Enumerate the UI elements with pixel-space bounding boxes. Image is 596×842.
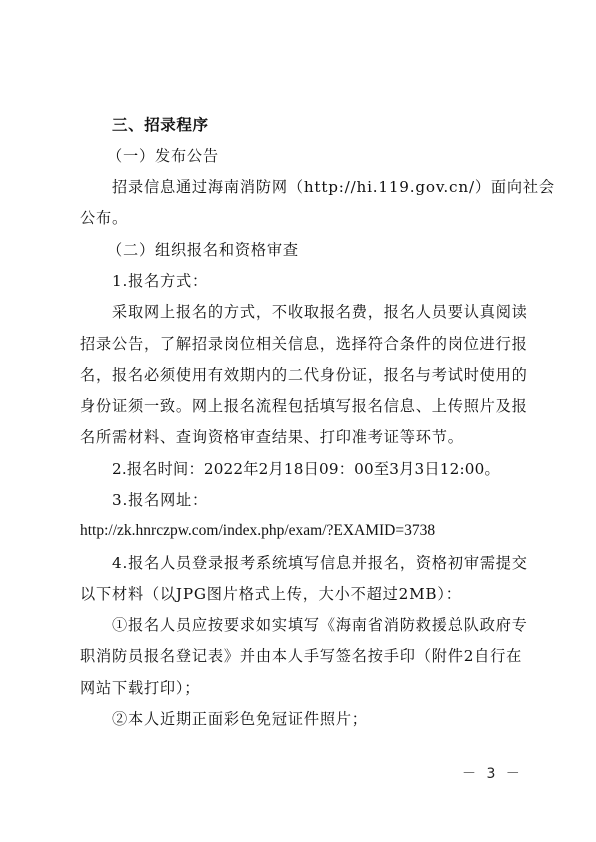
registration-url-link[interactable]: http://zk.hnrczpw.com/index.php/exam/?EX… [80, 521, 435, 541]
subsection-title-1: （一）发布公告 [107, 146, 219, 166]
registration-time: 2.报名时间：2022年2月18日09：00至3月3日12:00。 [112, 459, 500, 479]
item-heading: 3.报名网址： [112, 490, 208, 510]
paragraph-line: 公布。 [80, 208, 128, 228]
paragraph-line: 招录信息通过海南消防网（http://hi.119.gov.cn/）面向社会 [112, 177, 514, 197]
paragraph-line: ①报名人员应按要求如实填写《海南省消防救援总队政府专 [112, 615, 514, 635]
paragraph-line: 名，报名必须使用有效期内的二代身份证，报名与考试时使用的 [80, 365, 514, 385]
paragraph-line: 招录公告，了解招录岗位相关信息，选择符合条件的岗位进行报 [80, 334, 514, 354]
paragraph-line: 身份证须一致。网上报名流程包括填写报名信息、上传照片及报 [80, 396, 514, 416]
subsection-title-2: （二）组织报名和资格审查 [107, 240, 299, 260]
paragraph-line: 网站下载打印）； [80, 678, 200, 698]
section-heading: 三、招录程序 [112, 115, 209, 135]
item-heading: 1.报名方式： [112, 271, 208, 291]
paragraph-line: 采取网上报名的方式，不收取报名费，报名人员要认真阅读 [112, 302, 514, 322]
paragraph-line: ②本人近期正面彩色免冠证件照片； [112, 709, 368, 729]
paragraph-line: 4.报名人员登录报考系统填写信息并报名，资格初审需提交 [112, 553, 514, 573]
paragraph-line: 以下材料（以JPG图片格式上传，大小不超过2MB）： [80, 584, 462, 604]
paragraph-line: 职消防员报名登记表》并由本人手写签名按手印（附件2自行在 [80, 646, 514, 666]
page-number: － 3 － [462, 763, 523, 783]
paragraph-line: 名所需材料、查询资格审查结果、打印准考证等环节。 [80, 427, 464, 447]
